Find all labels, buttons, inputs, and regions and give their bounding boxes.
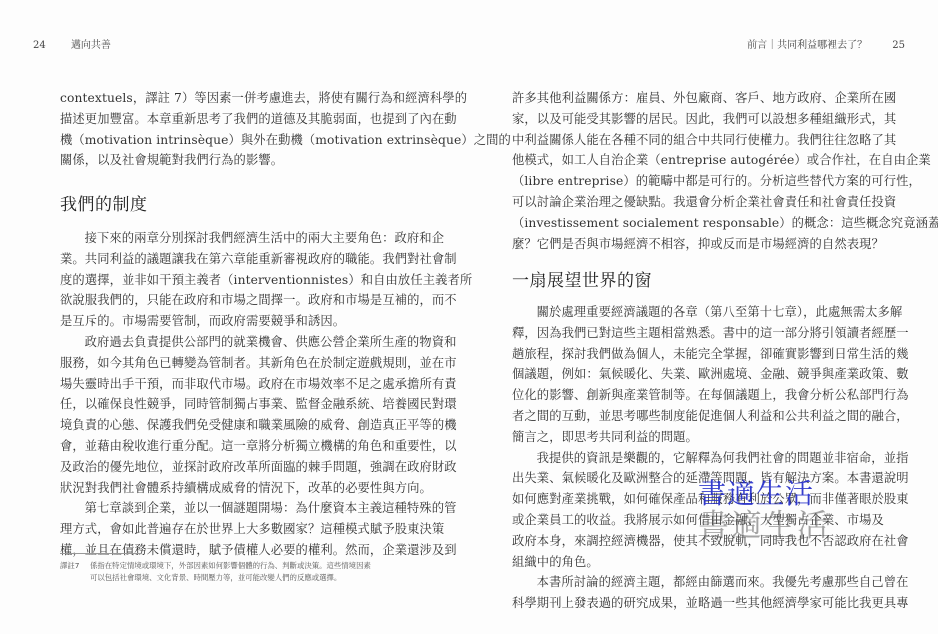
footnote: 譯註7 係指在特定情境或環境下，外部因素如何影響個體的行為、判斷或決策。這些情境… [60, 560, 400, 583]
text-line: 釋，因為我們已對這些主題相當熟悉。書中的這一部分將引領讀者經歷一 [512, 323, 864, 344]
text-line: （investissement socialement responsable）… [512, 213, 864, 234]
section-heading: 一扇展望世界的窗 [512, 266, 652, 291]
text-line: 出失業、氣候暖化及歐洲整合的延滯等問題，皆有解決方案。本書還說明 [512, 468, 864, 489]
text-line: 機（motivation intrinsèque）與外在動機（motivatio… [60, 130, 410, 151]
text-line: 政府本身，來調控經濟機器，使其不致脫軌，同時我也不否認政府在社會 [512, 531, 864, 552]
text-line: 理方式，會如此普遍存在於世界上大多數國家？這種模式賦予股東決策 [60, 519, 410, 540]
text-line: contextuels，譯註 7）等因素一併考慮進去，將使有關行為和經濟科學的 [60, 88, 410, 109]
page-number: 24 [33, 40, 46, 51]
footnote-line: 係指在特定情境或環境下，外部因素如何影響個體的行為、判斷或決策。這些情境因素 [90, 560, 371, 572]
text-line: 家，以及可能受其影響的居民。因此，我們可以設想多種組織形式，其 [512, 109, 864, 130]
page-number: 25 [892, 40, 905, 51]
text-line: 者之間的互動，並思考哪些制度能促進個人利益和公共利益之間的融合， [512, 406, 864, 427]
chapter-title: 前言｜共同利益哪裡去了？ [747, 40, 867, 51]
text-line: 關係，以及社會規範對我們行為的影響。 [60, 150, 410, 171]
text-line: 簡言之，即思考共同利益的問題。 [512, 427, 864, 448]
text-line: （libre entreprise）的範疇中都是可行的。分析這些替代方案的可行性… [512, 171, 864, 192]
opening-paragraph: 許多其他利益關係方：雇員、外包廠商、客戶、地方政府、企業所在國 家，以及可能受其… [512, 88, 864, 254]
text-line: 狀況對我們社會體系持續構成威脅的情況下，改革的必要性與方向。 [60, 478, 410, 499]
book-title: 邁向共善 [71, 40, 111, 51]
text-line: 度的選擇，並非如干預主義者（interventionnistes）和自由放任主義… [60, 270, 410, 291]
text-line: 可以討論企業治理之優缺點。我還會分析企業社會責任和社會責任投資 [512, 192, 864, 213]
footnote-label: 譯註7 [60, 560, 90, 583]
text-line: 任，以確保良性競爭，同時管制獨占事業、監督金融系統、培養國民對環 [60, 394, 410, 415]
right-page: 前言｜共同利益哪裡去了？ 25 許多其他利益關係方：雇員、外包廠商、客戶、地方政… [469, 0, 938, 634]
running-head-left: 24 邁向共善 [33, 36, 111, 51]
text-line: 我提供的資訊是樂觀的，它解釋為何我們社會的問題並非宿命，並指 [512, 448, 864, 469]
running-head-right: 前言｜共同利益哪裡去了？ 25 [747, 36, 905, 51]
text-line: 服務，如今其角色已轉變為管制者。其新角色在於制定遊戲規則，並在市 [60, 353, 410, 374]
text-line: 是互斥的。市場需要管制，而政府需要競爭和誘因。 [60, 311, 410, 332]
text-line: 許多其他利益關係方：雇員、外包廠商、客戶、地方政府、企業所在國 [512, 88, 864, 109]
text-line: 接下來的兩章分別探討我們經濟生活中的兩大主要角色：政府和企 [60, 228, 410, 249]
text-line: 場失靈時出手干預，而非取代市場。政府在市場效率不足之處承擔所有責 [60, 374, 410, 395]
text-line: 第七章談到企業，並以一個謎題開場：為什麼資本主義這種特殊的管 [60, 498, 410, 519]
text-line: 權，並且在債務未償還時，賦予債權人必要的權利。然而，企業還涉及到 [60, 540, 410, 561]
text-line: 業。共同利益的議題讓我在第六章能重新審視政府的職能。我們對社會制 [60, 249, 410, 270]
text-line: 本書所討論的經濟主題，都經由篩選而來。我優先考慮那些自己曾在 [512, 572, 864, 593]
text-line: 境負責的心態、保護我們免受健康和職業風險的威脅、創造真正平等的機 [60, 415, 410, 436]
text-line: 如何應對產業挑戰，如何確保產品和服務有利於公眾，而非僅著眼於股東 [512, 489, 864, 510]
footnote-line: 可以包括社會環境、文化背景、時間壓力等，並可能改變人們的反應或選擇。 [90, 572, 371, 584]
text-line: 他模式，如工人自治企業（entreprise autogérée）或合作社，在自… [512, 150, 864, 171]
text-line: 組織中的角色。 [512, 552, 864, 573]
text-line: 會，並藉由稅收進行重分配。這一章將分析獨立機構的角色和重要性，以 [60, 436, 410, 457]
text-line: 科學期刊上發表過的研究成果，並略過一些其他經濟學家可能比我更具專 [512, 593, 864, 614]
text-line: 中利益關係人能在各種不同的組合中共同行使權力。我們往往忽略了其 [512, 130, 864, 151]
text-line: 或企業員工的收益。我將展示如何借由金融、大型獨占企業、市場及 [512, 510, 864, 531]
text-line: 政府過去負責提供公部門的就業機會、供應公營企業所生產的物資和 [60, 332, 410, 353]
opening-paragraph: contextuels，譯註 7）等因素一併考慮進去，將使有關行為和經濟科學的 … [60, 88, 410, 171]
text-line: 個議題，例如：氣候暖化、失業、歐洲處境、金融、競爭與產業政策、數 [512, 364, 864, 385]
section-body: 接下來的兩章分別探討我們經濟生活中的兩大主要角色：政府和企 業。共同利益的議題讓… [60, 228, 410, 561]
section-heading: 我們的制度 [60, 190, 148, 215]
text-line: 麼？它們是否與市場經濟不相容，抑或反而是市場經濟的自然表現？ [512, 234, 864, 255]
section-body: 關於處理重要經濟議題的各章（第八至第十七章），此處無需太多解 釋，因為我們已對這… [512, 302, 864, 614]
text-line: 欲說服我們的，只能在政府和市場之間擇一。政府和市場是互補的，而不 [60, 290, 410, 311]
text-line: 位化的影響、創新與產業管制等。在每個議題上，我會分析公私部門行為 [512, 385, 864, 406]
text-line: 描述更加豐富。本章重新思考了我們的道德及其脆弱面，也提到了內在動 [60, 109, 410, 130]
footnote-divider [60, 553, 142, 554]
text-line: 關於處理重要經濟議題的各章（第八至第十七章），此處無需太多解 [512, 302, 864, 323]
text-line: 趟旅程，探討我們做為個人，未能完全掌握，卻確實影響到日常生活的幾 [512, 344, 864, 365]
text-line: 及政治的優先地位，並探討政府改革所面臨的棘手問題，強調在政府財政 [60, 457, 410, 478]
left-page: 24 邁向共善 contextuels，譯註 7）等因素一併考慮進去，將使有關行… [0, 0, 469, 634]
